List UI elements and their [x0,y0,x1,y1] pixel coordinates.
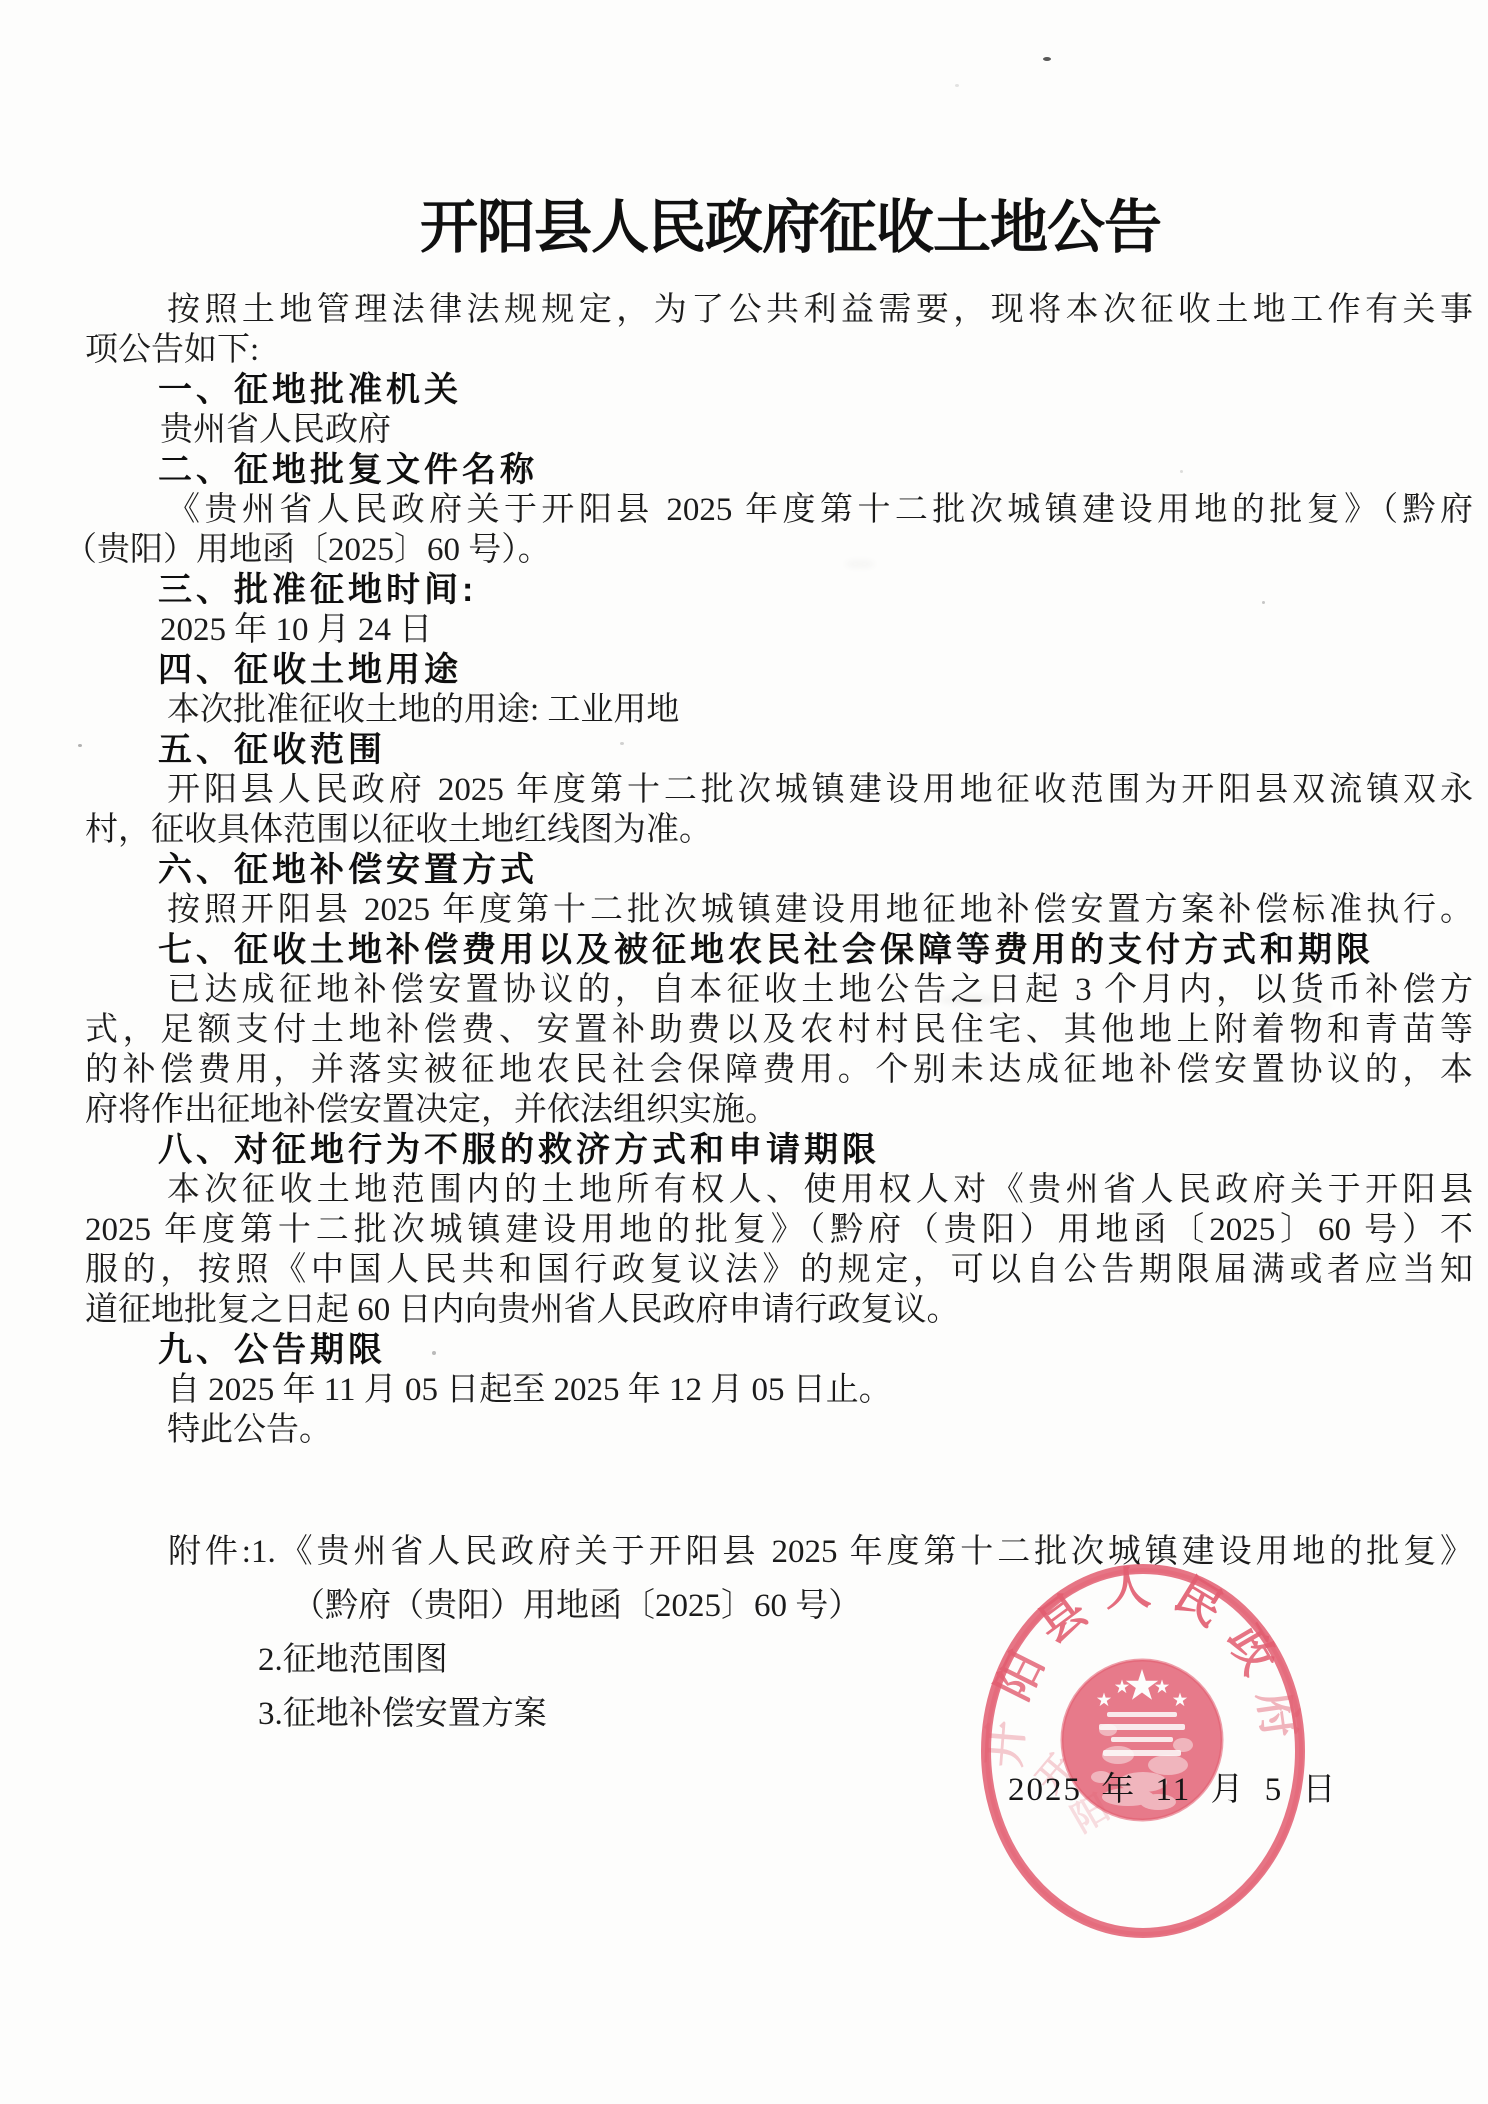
document-line: （黔府（贵阳）用地函〔2025〕60 号） [292,1584,861,1628]
scan-smudge [1290,1002,1330,1010]
document-line: 2025 年 10 月 24 日 [160,610,432,650]
scan-speck [78,744,82,747]
scan-speck [432,1351,436,1355]
scan-speck [524,469,528,473]
document-line: 村，征收具体范围以征收土地红线图为准。 [85,810,712,850]
document-line: 本次批准征收土地的用途: 工业用地 [167,690,679,730]
scan-speck [1180,470,1183,473]
scan-smudge [845,560,875,568]
page-title: 开阳县人民政府征收土地公告 [420,180,1161,264]
scan-speck [1043,57,1051,61]
scan-speck [1262,601,1265,604]
document-line: 2.征地范围图 [258,1638,448,1682]
document-line: 道征地批复之日起 60 日内向贵州省人民政府申请行政复议。 [85,1290,960,1330]
document-line: 项公告如下: [85,330,259,370]
section-heading: 五、征收范围 [158,730,386,770]
document-line: 服的，按照《中国人民共和国行政复议法》的规定，可以自公告期限届满或者应当知 [85,1250,1473,1290]
document-line: 开阳县人民政府 2025 年度第十二批次城镇建设用地征收范围为开阳县双流镇双永 [167,770,1473,810]
seal-date: 2025 年 11 月 5 日 [1008,1763,1338,1810]
document-line: 特此公告。 [167,1410,332,1450]
document-line: 的补偿费用，并落实被征地农民社会保障费用。个别未达成征地补偿安置协议的，本 [85,1050,1473,1090]
document-line: 按照土地管理法律法规规定，为了公共利益需要，现将本次征收土地工作有关事 [167,290,1473,330]
document-line: 自 2025 年 11 月 05 日起至 2025 年 12 月 05 日止。 [167,1370,892,1410]
section-heading: 八、对征地行为不服的救济方式和申请期限 [158,1130,880,1170]
section-heading: 七、征收土地补偿费用以及被征地农民社会保障等费用的支付方式和期限 [158,930,1374,970]
official-seal: 开阳县人民政府 开阳 [953,1545,1333,1957]
document-line: （贵阳）用地函〔2025〕60 号）。 [64,530,551,570]
section-heading: 三、批准征地时间: [158,570,477,610]
scan-speck [620,742,624,745]
scan-smudge [940,995,1000,1005]
section-heading: 一、征地批准机关 [158,370,462,410]
section-heading: 四、征收土地用途 [158,650,462,690]
document-line: 式，足额支付土地补偿费、安置补助费以及农村村民住宅、其他地上附着物和青苗等 [85,1010,1473,1050]
scanned-announcement-page: 开阳县人民政府征收土地公告 按照土地管理法律法规规定，为了公共利益需要，现将本次… [0,0,1488,2104]
document-line: 贵州省人民政府 [160,410,391,450]
document-line: 2025 年度第十二批次城镇建设用地的批复》（黔府（贵阳）用地函〔2025〕60… [85,1210,1473,1250]
document-line: 已达成征地补偿安置协议的，自本征收土地公告之日起 3 个月内，以货币补偿方 [167,970,1473,1010]
document-line: 本次征收土地范围内的土地所有权人、使用权人对《贵州省人民政府关于开阳县 [167,1170,1473,1210]
section-heading: 九、公告期限 [158,1330,386,1370]
scan-speck [955,84,959,87]
document-line: 府将作出征地补偿安置决定，并依法组织实施。 [85,1090,778,1130]
section-heading: 六、征地补偿安置方式 [158,850,538,890]
document-line: 3.征地补偿安置方案 [258,1692,547,1736]
document-line: 《贵州省人民政府关于开阳县 2025 年度第十二批次城镇建设用地的批复》（黔府 [167,490,1473,530]
document-line: 按照开阳县 2025 年度第十二批次城镇建设用地征地补偿安置方案补偿标准执行。 [167,890,1473,930]
section-heading: 二、征地批复文件名称 [158,450,538,490]
